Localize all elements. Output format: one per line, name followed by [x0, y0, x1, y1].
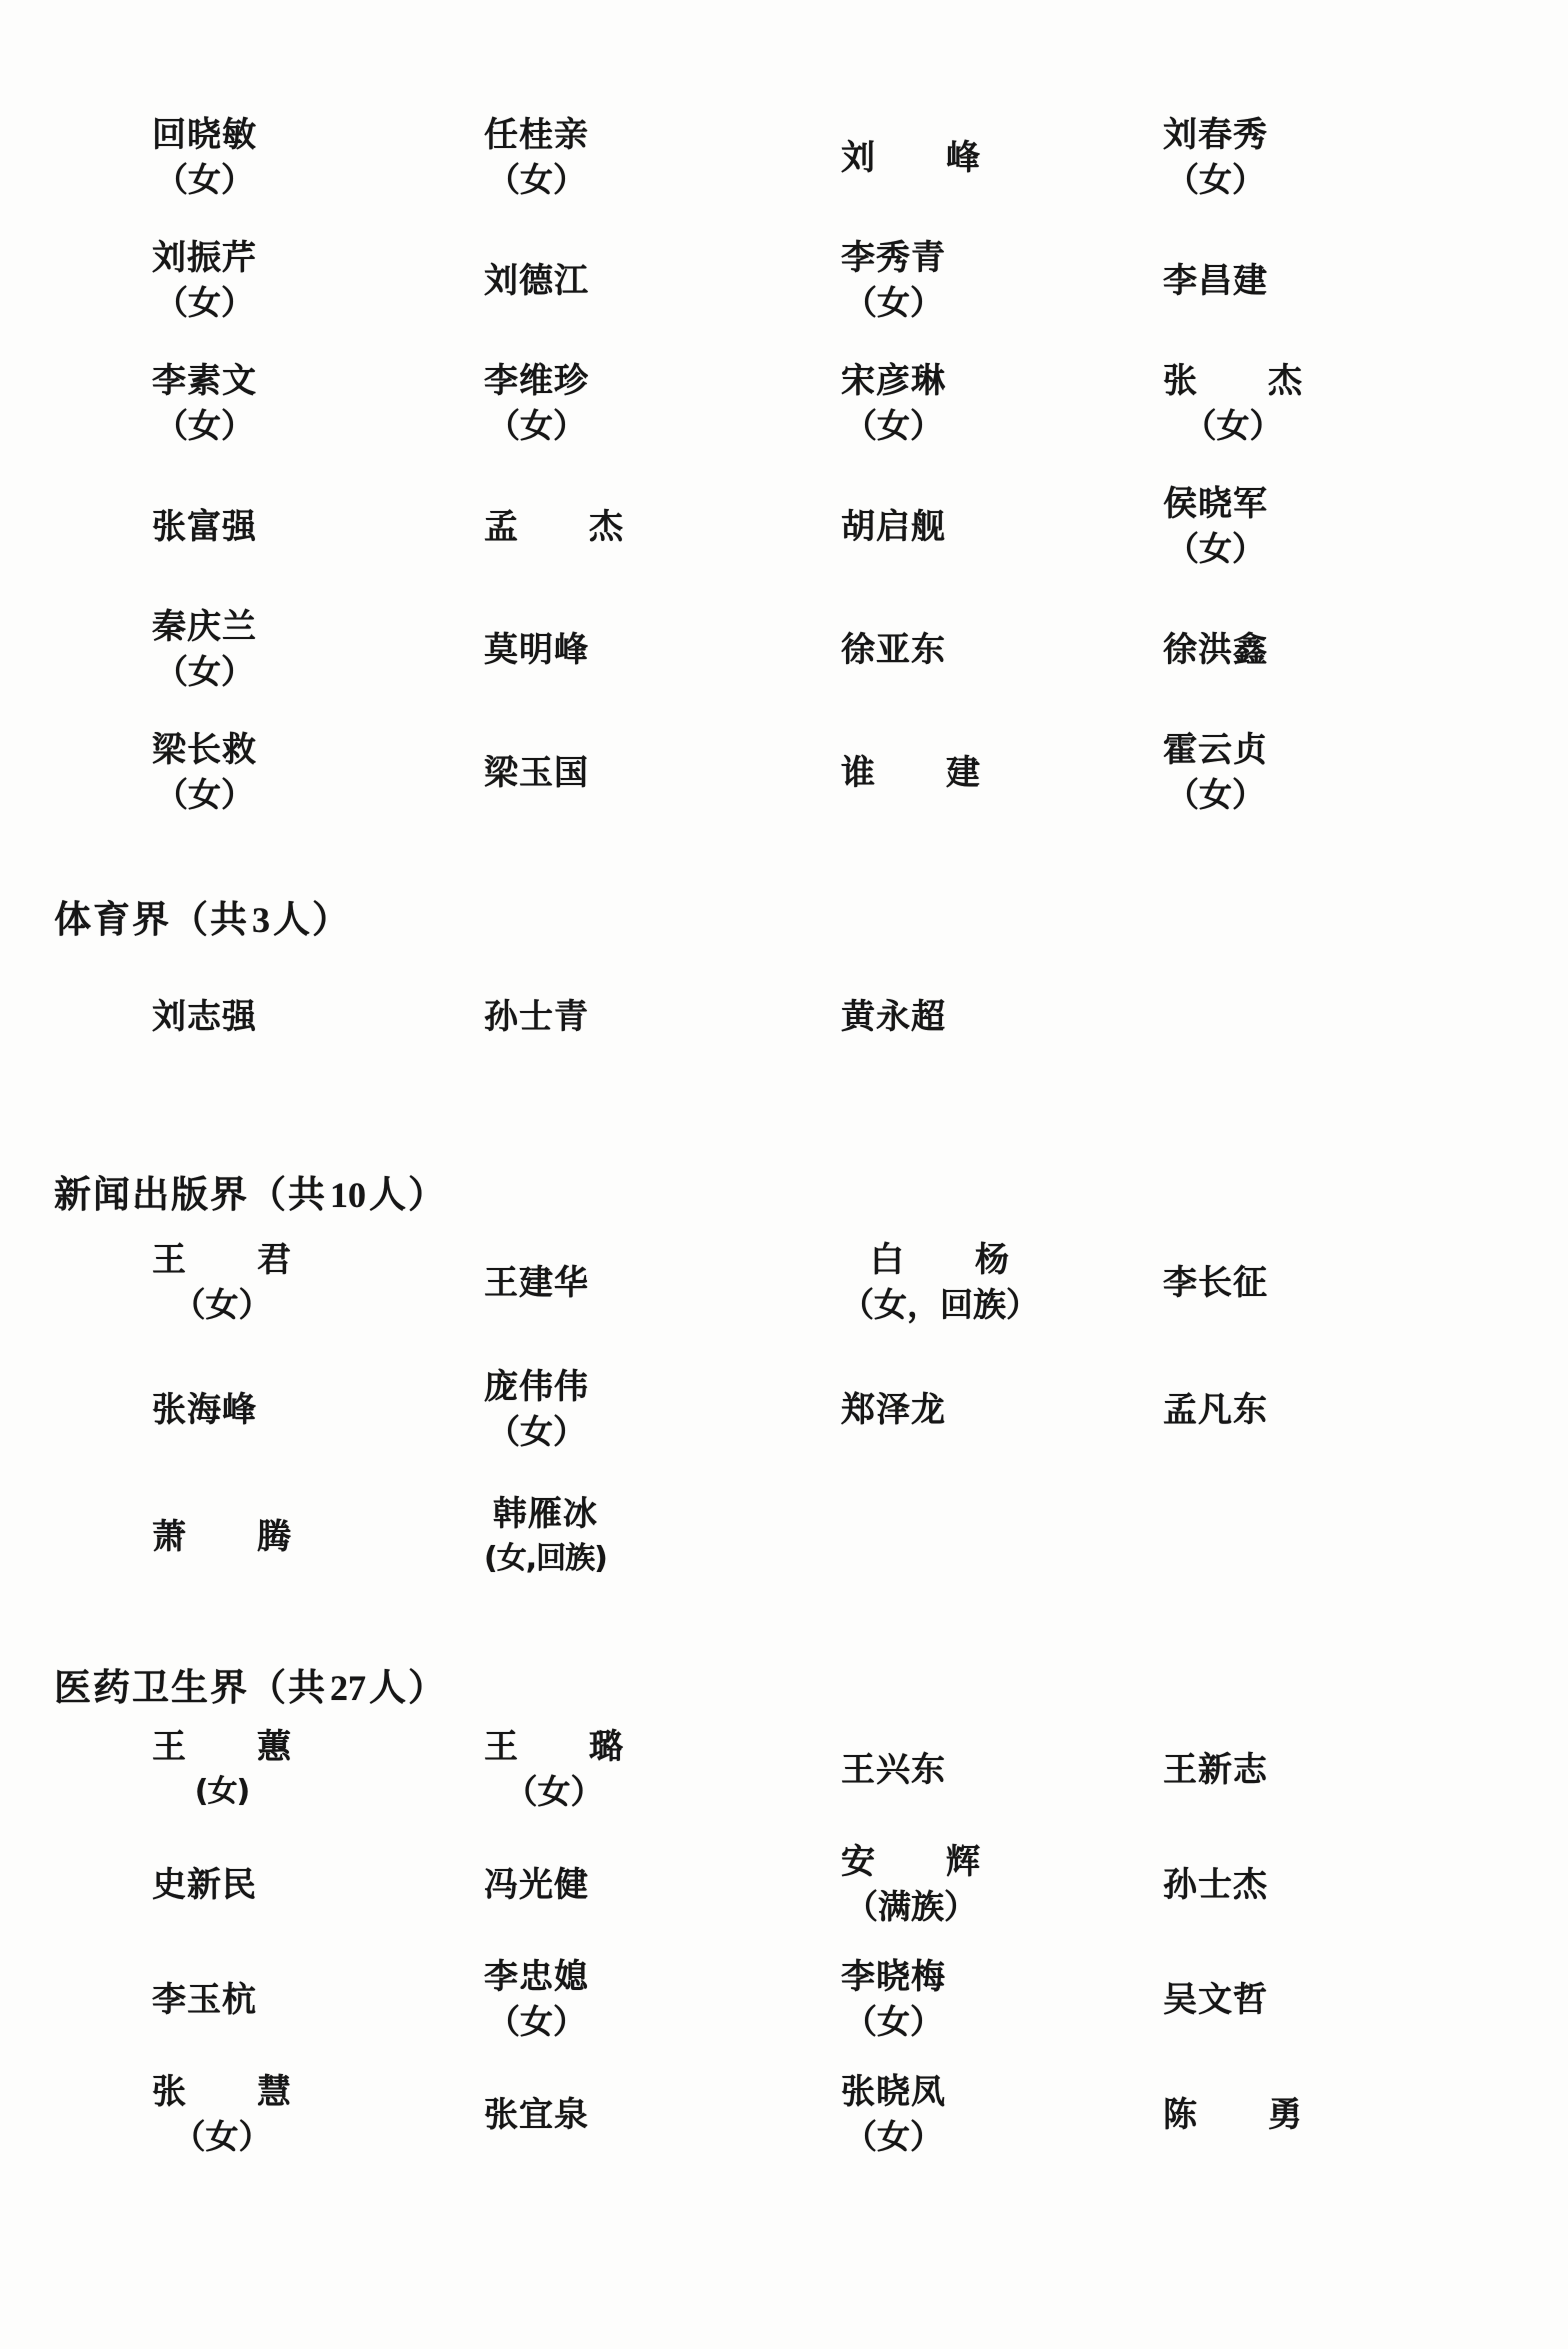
section-count: 10 — [327, 1175, 369, 1215]
member-note: （女） — [487, 1999, 586, 2045]
member-cell: 韩雁冰(女,回族) — [484, 1492, 607, 1582]
member-cell: 刘振芹（女） — [152, 236, 257, 326]
member-note: （女） — [487, 157, 586, 203]
member-cell: 史新民 — [152, 1863, 257, 1907]
member-name: 刘振芹 — [152, 236, 257, 280]
section-press-publishing: 新闻出版界（共10人）王 君（女）王建华白 杨（女，回族）李长征张海峰庞伟伟（女… — [0, 1172, 1568, 1600]
member-cell: 吴文哲 — [1163, 1978, 1268, 2022]
member-note: （女） — [155, 649, 254, 695]
member-cell: 谁 建 — [841, 751, 981, 795]
member-row: 王 君（女）王建华白 杨（女，回族）李长征 — [0, 1219, 1568, 1346]
member-note: （女） — [487, 403, 586, 449]
member-cell: 李素文（女） — [152, 359, 257, 449]
member-name: 任桂亲 — [484, 113, 589, 157]
member-name: 宋彦琳 — [841, 359, 946, 403]
member-note: （女） — [844, 1999, 943, 2045]
section-count: 27 — [327, 1668, 369, 1708]
member-name: 韩雁冰 — [493, 1492, 598, 1536]
member-cell: 孟 杰 — [484, 505, 624, 549]
member-name: 李秀青 — [841, 236, 946, 280]
member-name: 李素文 — [152, 359, 257, 403]
member-name: 萧 腾 — [152, 1515, 292, 1559]
member-cell: 王兴东 — [841, 1748, 946, 1792]
section-title: 体育界 — [54, 898, 171, 941]
member-cell: 张海峰 — [152, 1388, 257, 1432]
member-name: 徐亚东 — [841, 628, 946, 672]
member-name: 王 蕙 — [152, 1725, 292, 1769]
member-cell: 张 慧（女） — [152, 2070, 292, 2160]
section-header: 新闻出版界（共10人） — [0, 1172, 1568, 1219]
member-cell: 李晓梅（女） — [841, 1955, 946, 2045]
member-note: (女) — [195, 1769, 249, 1815]
member-cell: 李玉杭 — [152, 1978, 257, 2022]
member-cell: 张富强 — [152, 505, 257, 549]
member-name: 李玉杭 — [152, 1978, 257, 2022]
member-name: 莫明峰 — [484, 628, 589, 672]
member-name: 孙士杰 — [1163, 1863, 1268, 1907]
member-name: 梁玉国 — [484, 751, 589, 795]
member-name: 郑泽龙 — [841, 1388, 946, 1432]
member-name: 孟 杰 — [484, 505, 624, 549]
member-name: 陈 勇 — [1163, 2093, 1303, 2137]
member-row: 史新民冯光健安 辉（满族）孙士杰 — [0, 1827, 1568, 1942]
section-count-suffix: 人） — [369, 1666, 447, 1709]
member-name: 刘德江 — [484, 259, 589, 303]
member-name: 张 慧 — [152, 2070, 292, 2114]
member-cell: 陈 勇 — [1163, 2093, 1303, 2137]
section-title: 医药卫生界 — [54, 1666, 249, 1709]
member-cell: 宋彦琳（女） — [841, 359, 946, 449]
member-cell: 冯光健 — [484, 1863, 589, 1907]
member-cell: 王新志 — [1163, 1748, 1268, 1792]
member-row: 李玉杭李忠媳（女）李晓梅（女）吴文哲 — [0, 1942, 1568, 2057]
member-cell: 侯晓军（女） — [1163, 482, 1268, 572]
section-count-prefix: （共 — [171, 898, 249, 941]
member-note: （女） — [1166, 772, 1265, 818]
section-count-suffix: 人） — [369, 1174, 447, 1216]
member-row: 刘振芹（女）刘德江李秀青（女）李昌建 — [0, 219, 1568, 342]
member-cell: 李忠媳（女） — [484, 1955, 589, 2045]
member-note: （女） — [844, 403, 943, 449]
member-name: 孟凡东 — [1163, 1388, 1268, 1432]
member-name: 张晓凤 — [841, 2070, 946, 2114]
member-name: 刘 峰 — [841, 136, 981, 180]
member-row: 张海峰庞伟伟（女）郑泽龙孟凡东 — [0, 1346, 1568, 1473]
member-note: （女） — [155, 157, 254, 203]
member-cell: 回晓敏（女） — [152, 113, 257, 203]
member-name: 李昌建 — [1163, 259, 1268, 303]
section-header: 体育界（共3人） — [0, 896, 1568, 944]
member-cell: 李昌建 — [1163, 259, 1268, 303]
member-note: （女） — [1166, 157, 1265, 203]
member-cell: 梁长救（女） — [152, 728, 257, 818]
member-cell: 李长征 — [1163, 1261, 1268, 1305]
member-note: （女） — [505, 1769, 604, 1815]
member-note: （女） — [844, 2114, 943, 2160]
member-cell: 秦庆兰（女） — [152, 605, 257, 695]
member-cell: 李秀青（女） — [841, 236, 946, 326]
member-name: 刘春秀 — [1163, 113, 1268, 157]
member-cell: 孙士杰 — [1163, 1863, 1268, 1907]
member-name: 梁长救 — [152, 728, 257, 772]
member-name: 王建华 — [484, 1261, 589, 1305]
member-name: 侯晓军 — [1163, 482, 1268, 526]
member-note: （女） — [844, 280, 943, 326]
member-name: 安 辉 — [841, 1840, 981, 1884]
member-note: （女） — [1166, 526, 1265, 572]
member-name: 张海峰 — [152, 1388, 257, 1432]
member-cell: 王 君（女） — [152, 1238, 292, 1328]
member-name: 吴文哲 — [1163, 1978, 1268, 2022]
member-cell: 李维珍（女） — [484, 359, 589, 449]
member-row: 梁长救（女）梁玉国谁 建霍云贞（女） — [0, 711, 1568, 834]
member-note: （女，回族） — [841, 1282, 1039, 1328]
member-cell: 刘春秀（女） — [1163, 113, 1268, 203]
member-note: （女） — [173, 2114, 272, 2160]
section-header: 医药卫生界（共27人） — [0, 1664, 1568, 1712]
member-note: (女,回族) — [484, 1536, 607, 1582]
member-name: 冯光健 — [484, 1863, 589, 1907]
member-cell: 刘德江 — [484, 259, 589, 303]
member-note: （女） — [487, 1409, 586, 1455]
member-name: 张富强 — [152, 505, 257, 549]
member-name: 回晓敏 — [152, 113, 257, 157]
member-cell: 郑泽龙 — [841, 1388, 946, 1432]
member-name: 李维珍 — [484, 359, 589, 403]
member-name: 李晓梅 — [841, 1955, 946, 1999]
member-row: 萧 腾韩雁冰(女,回族) — [0, 1473, 1568, 1600]
member-note: （女） — [1184, 403, 1283, 449]
member-name: 白 杨 — [870, 1238, 1010, 1282]
member-cell: 任桂亲（女） — [484, 113, 589, 203]
member-cell: 张 杰（女） — [1163, 359, 1303, 449]
member-name: 张 杰 — [1163, 359, 1303, 403]
member-cell: 孟凡东 — [1163, 1388, 1268, 1432]
member-cell: 王 璐（女） — [484, 1725, 624, 1815]
member-row: 张 慧（女）张宜泉张晓凤（女）陈 勇 — [0, 2057, 1568, 2172]
member-cell: 霍云贞（女） — [1163, 728, 1268, 818]
member-name: 霍云贞 — [1163, 728, 1268, 772]
member-name: 徐洪鑫 — [1163, 628, 1268, 672]
member-cell: 萧 腾 — [152, 1515, 292, 1559]
member-name: 王 璐 — [484, 1725, 624, 1769]
member-cell: 庞伟伟（女） — [484, 1365, 589, 1455]
section-title: 新闻出版界 — [54, 1174, 249, 1216]
member-cell: 孙士青 — [484, 995, 589, 1039]
member-cell: 刘志强 — [152, 995, 257, 1039]
member-name: 谁 建 — [841, 751, 981, 795]
member-cell: 白 杨（女，回族） — [841, 1238, 1039, 1328]
member-name: 史新民 — [152, 1863, 257, 1907]
member-cell: 张宜泉 — [484, 2093, 589, 2137]
document-page: 回晓敏（女）任桂亲（女）刘 峰刘春秀（女）刘振芹（女）刘德江李秀青（女）李昌建李… — [0, 0, 1568, 2349]
member-name: 胡启舰 — [841, 505, 946, 549]
member-cell: 徐亚东 — [841, 628, 946, 672]
member-name: 李忠媳 — [484, 1955, 589, 1999]
member-note: （满族） — [845, 1884, 977, 1930]
member-cell: 梁玉国 — [484, 751, 589, 795]
member-name: 孙士青 — [484, 995, 589, 1039]
member-note: （女） — [155, 403, 254, 449]
member-cell: 刘 峰 — [841, 136, 981, 180]
section-count: 3 — [249, 900, 273, 940]
member-cell: 安 辉（满族） — [841, 1840, 981, 1930]
member-note: （女） — [155, 772, 254, 818]
member-cell: 王建华 — [484, 1261, 589, 1305]
member-name: 庞伟伟 — [484, 1365, 589, 1409]
member-name: 张宜泉 — [484, 2093, 589, 2137]
member-cell: 莫明峰 — [484, 628, 589, 672]
member-row: 秦庆兰（女）莫明峰徐亚东徐洪鑫 — [0, 588, 1568, 711]
member-cell: 徐洪鑫 — [1163, 628, 1268, 672]
member-row: 王 蕙(女)王 璐（女）王兴东王新志 — [0, 1712, 1568, 1827]
member-name: 王新志 — [1163, 1748, 1268, 1792]
section-count-prefix: （共 — [249, 1666, 327, 1709]
member-row: 张富强孟 杰胡启舰侯晓军（女） — [0, 465, 1568, 588]
section-count-prefix: （共 — [249, 1174, 327, 1216]
member-name: 秦庆兰 — [152, 605, 257, 649]
member-cell: 黄永超 — [841, 995, 946, 1039]
member-cell: 胡启舰 — [841, 505, 946, 549]
member-row: 李素文（女）李维珍（女）宋彦琳（女）张 杰（女） — [0, 342, 1568, 465]
member-name: 黄永超 — [841, 995, 946, 1039]
section-sports: 体育界（共3人）刘志强孙士青黄永超 — [0, 896, 1568, 1076]
member-note: （女） — [155, 280, 254, 326]
member-name: 刘志强 — [152, 995, 257, 1039]
member-note: （女） — [173, 1282, 272, 1328]
member-cell: 张晓凤（女） — [841, 2070, 946, 2160]
section-continuation-list: 回晓敏（女）任桂亲（女）刘 峰刘春秀（女）刘振芹（女）刘德江李秀青（女）李昌建李… — [0, 96, 1568, 834]
member-name: 王 君 — [152, 1238, 292, 1282]
member-name: 王兴东 — [841, 1748, 946, 1792]
member-name: 李长征 — [1163, 1261, 1268, 1305]
section-count-suffix: 人） — [273, 898, 351, 941]
section-medical-health: 医药卫生界（共27人）王 蕙(女)王 璐（女）王兴东王新志史新民冯光健安 辉（满… — [0, 1664, 1568, 2172]
member-row: 回晓敏（女）任桂亲（女）刘 峰刘春秀（女） — [0, 96, 1568, 219]
member-cell: 王 蕙(女) — [152, 1725, 292, 1815]
member-row: 刘志强孙士青黄永超 — [0, 958, 1568, 1076]
